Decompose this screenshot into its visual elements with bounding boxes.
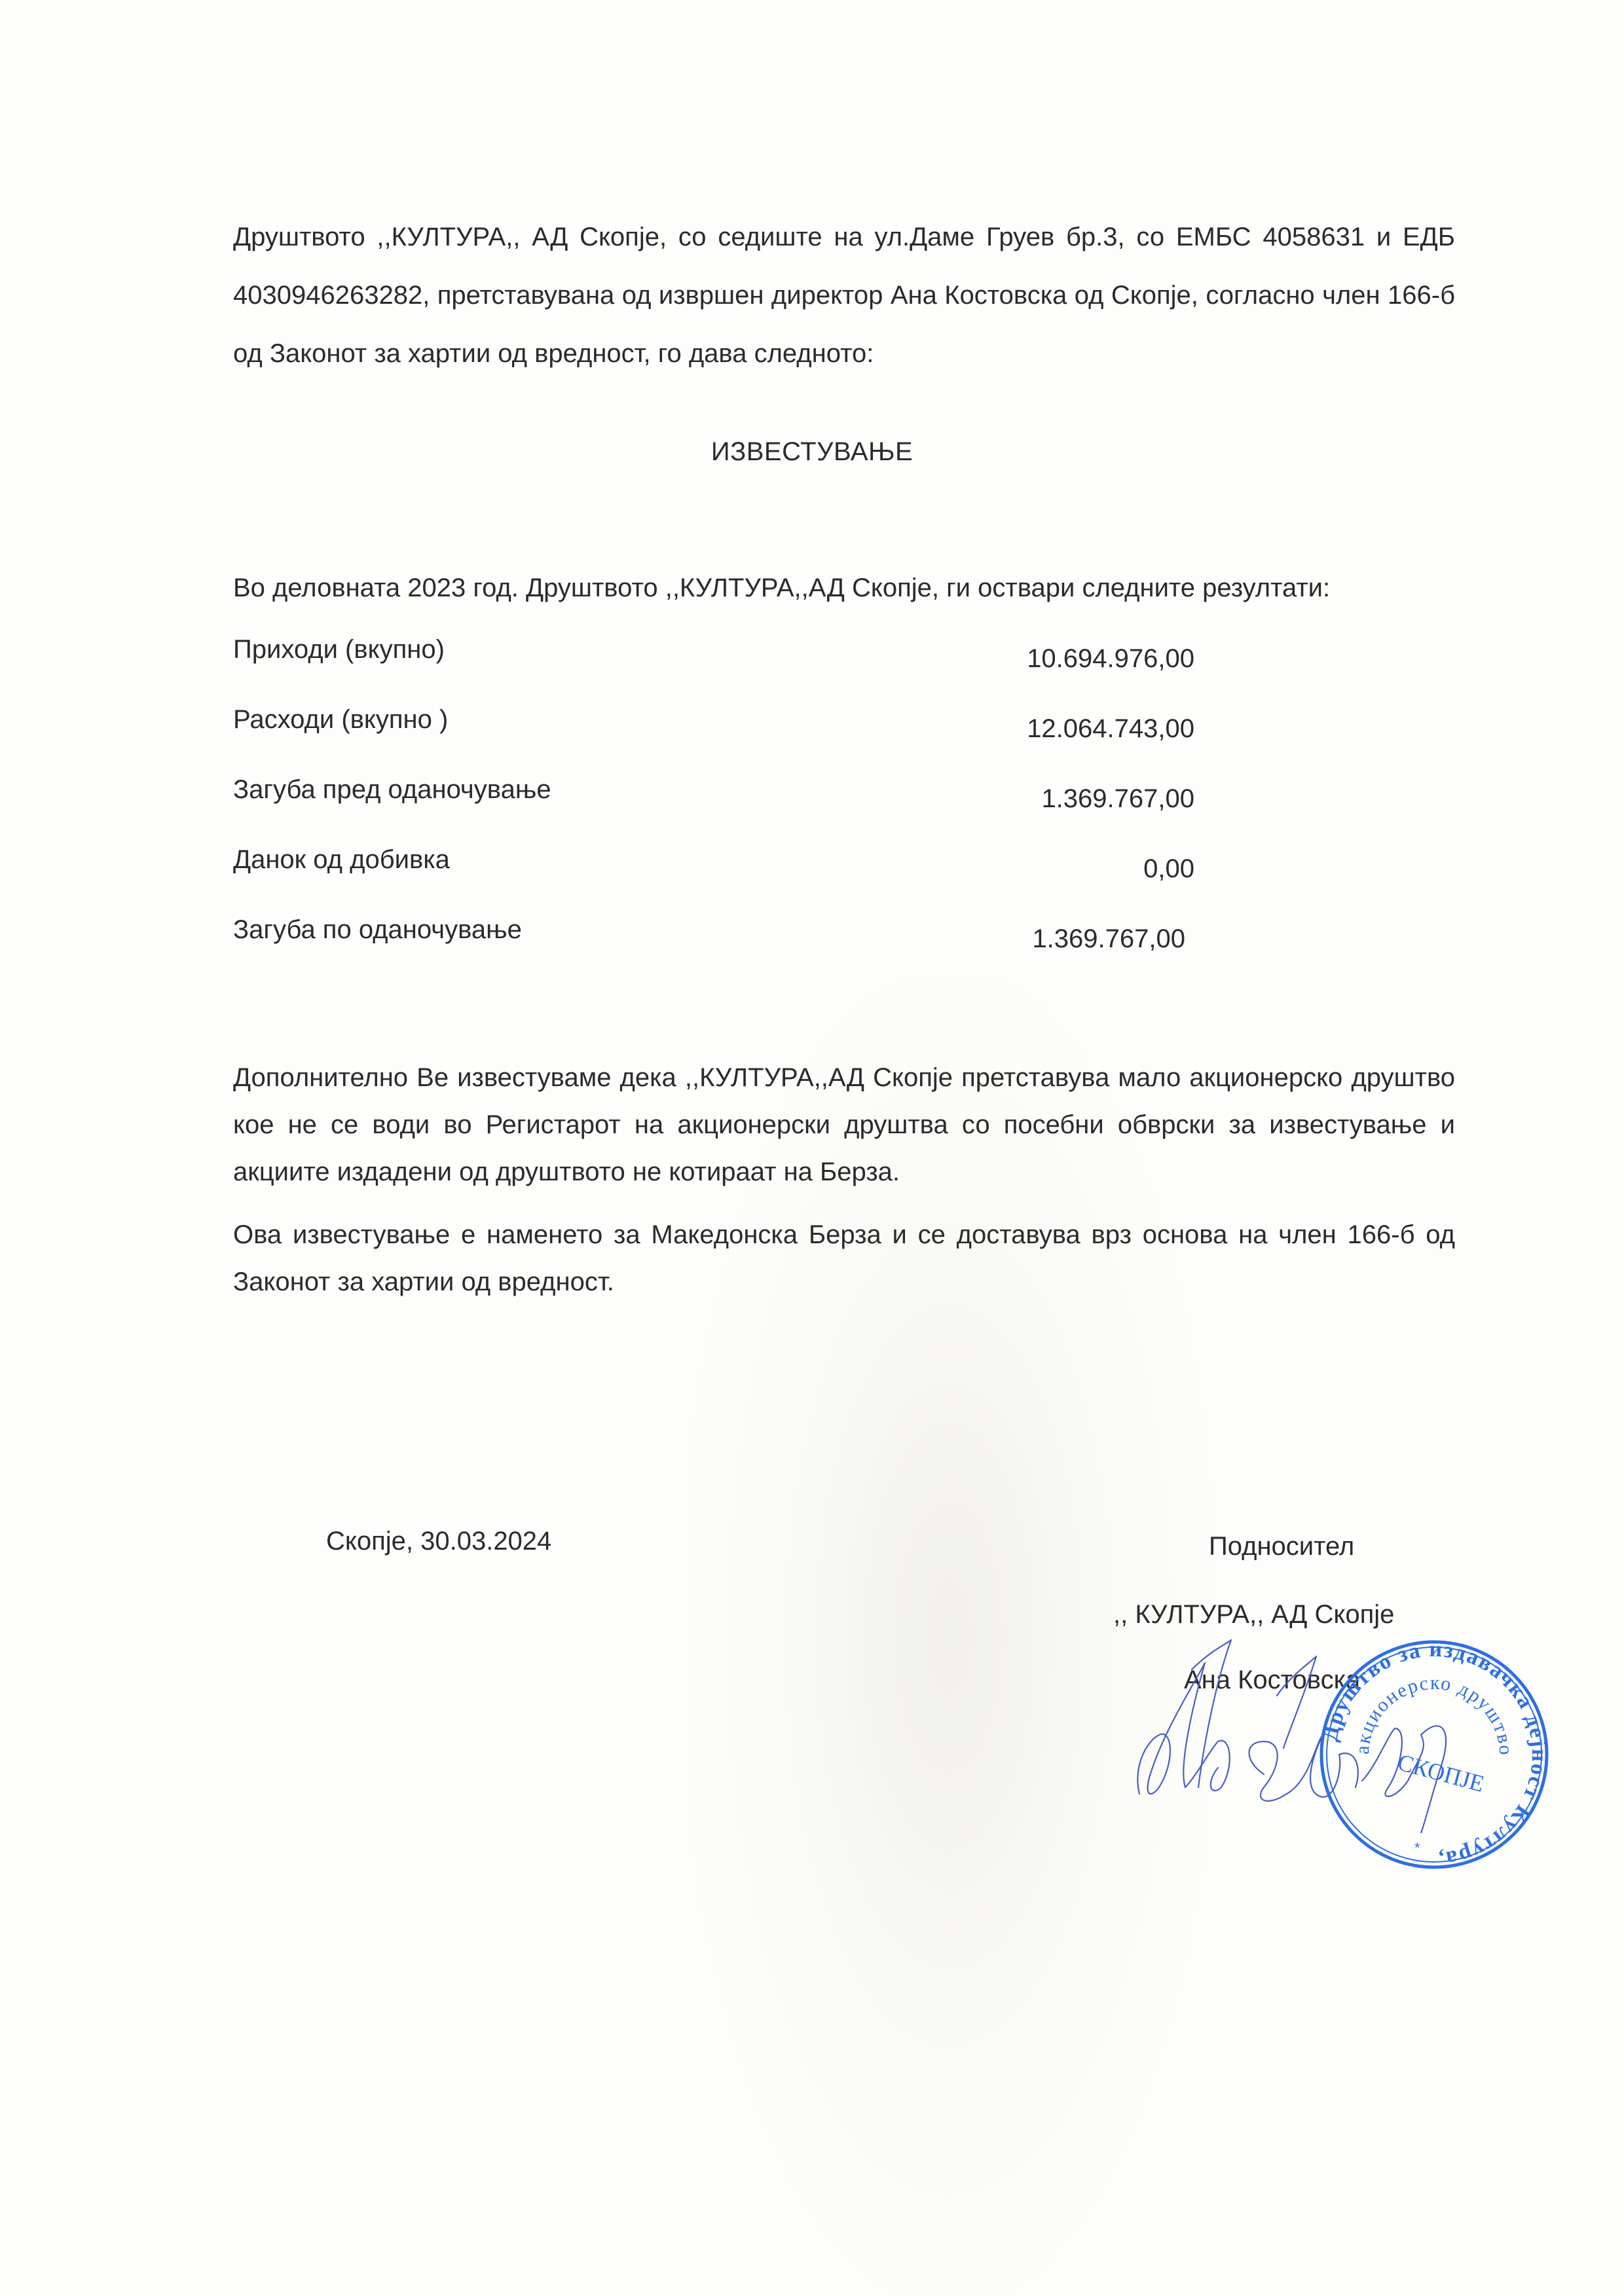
- stamp-inner-text: акционерско друштво: [1352, 1672, 1517, 1757]
- result-row-revenue: Приходи (вкупно) 10.694.976,00: [233, 635, 1194, 705]
- additional-paragraph: Ова известување е наменето за Македонска…: [233, 1211, 1455, 1305]
- results-table: Приходи (вкупно) 10.694.976,00 Расходи (…: [233, 635, 1194, 985]
- result-value: 1.369.767,00: [1032, 924, 1185, 954]
- result-value: 10.694.976,00: [1027, 644, 1194, 674]
- intro-paragraph: Друштвото ,,КУЛТУРА,, АД Скопје, со седи…: [233, 208, 1455, 383]
- stamp-star-icon: *: [1414, 1840, 1420, 1856]
- result-label: Расходи (вкупно ): [233, 705, 448, 735]
- result-label: Загуба пред оданочување: [233, 775, 551, 805]
- svg-text:акционерско друштво: акционерско друштво: [1352, 1672, 1517, 1757]
- additional-paragraph: Дополнително Ве известуваме дека ,,КУЛТУ…: [233, 1054, 1455, 1195]
- result-value: 0,00: [1143, 854, 1194, 884]
- result-row-loss-after-tax: Загуба по оданочување 1.369.767,00: [233, 915, 1194, 985]
- company-stamp: Друштво за издавачка дејност Култура, ак…: [1316, 1637, 1552, 1872]
- result-label: Загуба по оданочување: [233, 915, 522, 945]
- document-title: ИЗВЕСТУВАЊЕ: [0, 437, 1624, 467]
- results-intro: Во деловната 2023 год. Друштвото ,,КУЛТУ…: [233, 574, 1330, 603]
- additional-info: Дополнително Ве известуваме дека ,,КУЛТУ…: [233, 1054, 1455, 1305]
- result-value: 1.369.767,00: [1041, 784, 1194, 814]
- place-and-date: Скопје, 30.03.2024: [326, 1527, 551, 1556]
- result-row-profit-tax: Данок од добивка 0,00: [233, 845, 1194, 915]
- result-row-expenses: Расходи (вкупно ) 12.064.743,00: [233, 705, 1194, 775]
- result-row-loss-before-tax: Загуба пред оданочување 1.369.767,00: [233, 775, 1194, 845]
- stamp-center-text: СКОПЈЕ: [1395, 1749, 1487, 1797]
- submitter-company: ,, КУЛТУРА,, АД Скопје: [1113, 1600, 1394, 1630]
- result-label: Данок од добивка: [233, 845, 450, 875]
- result-value: 12.064.743,00: [1027, 714, 1194, 744]
- submitter-label: Подносител: [1209, 1532, 1354, 1561]
- intro-text: Друштвото ,,КУЛТУРА,, АД Скопје, со седи…: [233, 208, 1455, 383]
- result-label: Приходи (вкупно): [233, 635, 445, 665]
